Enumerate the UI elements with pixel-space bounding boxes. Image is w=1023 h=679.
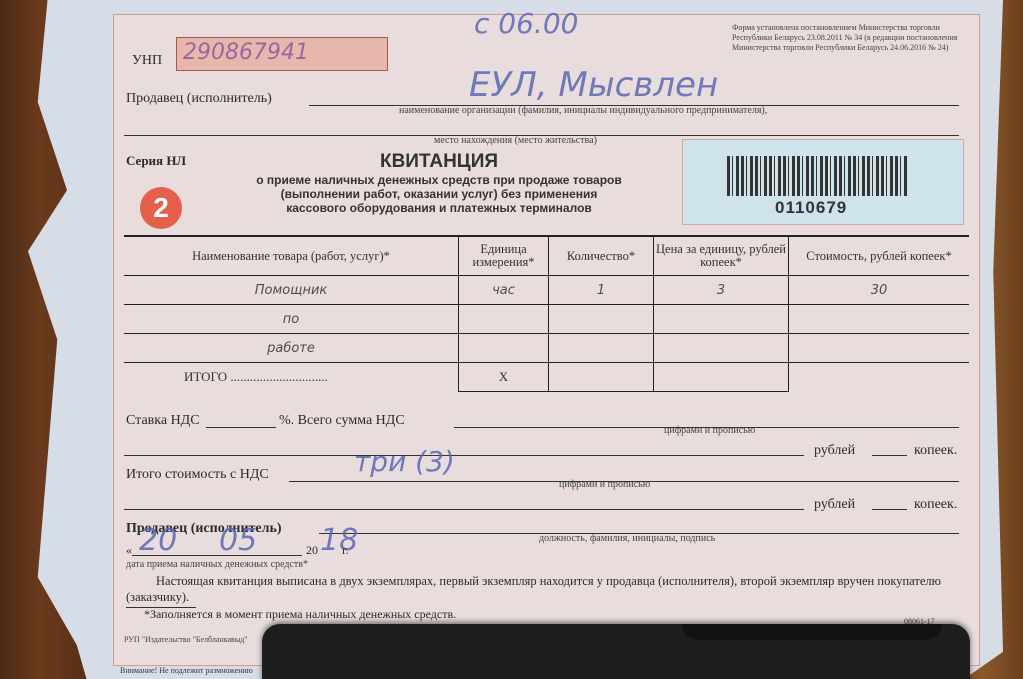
total-row: ИТОГО .............................. Х (124, 363, 969, 392)
date-day: 20 (139, 523, 177, 558)
handwritten-time: с 06.00 (474, 7, 578, 40)
vat-rate-label: Ставка НДС (126, 413, 200, 429)
barcode: 0110679 (682, 139, 964, 225)
barcode-number: 0110679 (775, 198, 847, 218)
total-price (654, 363, 789, 392)
cell-price: 3 (654, 276, 789, 305)
total-vat-label: Итого стоимость с НДС (126, 467, 269, 483)
title-block: КВИТАНЦИЯ о приеме наличных денежных сре… (229, 151, 649, 215)
total-cost (789, 363, 970, 392)
vat-kop-line (872, 455, 907, 456)
seller-hint: наименование организации (фамилия, иници… (399, 105, 767, 116)
cell-unit (459, 305, 549, 334)
col-price: Цена за единицу, рублей копеек* (654, 236, 789, 276)
asterisk-note: *Заполняется в момент приема наличных де… (144, 607, 456, 622)
date-line (132, 555, 302, 556)
col-name: Наименование товара (работ, услуг)* (124, 236, 459, 276)
copy-number-badge: 2 (140, 187, 182, 229)
total-vat-rub: рублей (814, 497, 855, 513)
barcode-bars (727, 156, 907, 196)
cell-qty: 1 (549, 276, 654, 305)
unp-label: УНП (132, 53, 162, 69)
total-mark: Х (459, 363, 549, 392)
cell-price (654, 334, 789, 363)
table-row: по (124, 305, 969, 334)
cell-qty (549, 334, 654, 363)
title-line-3: кассового оборудования и платежных терми… (229, 201, 649, 215)
vat-rub: рублей (814, 443, 855, 459)
cell-qty (549, 305, 654, 334)
cell-unit (459, 334, 549, 363)
date-year: 18 (320, 523, 358, 558)
cell-unit: час (459, 276, 549, 305)
table-row: Помощник час 1 3 30 (124, 276, 969, 305)
cell-cost (789, 305, 970, 334)
cell-name: работе (124, 334, 459, 363)
title-line-1: о приеме наличных денежных средств при п… (229, 173, 649, 187)
date-year-prefix: 20 (306, 543, 318, 558)
unp-value: 290867941 (183, 40, 309, 65)
warning-note: Внимание! Не подлежит размножению (120, 666, 253, 675)
publisher: РУП "Издательство "Белбланкавыд" (124, 635, 248, 644)
total-vat-value: три (3) (354, 445, 455, 478)
regulation-note: Форма установлена постановлением Министе… (732, 23, 972, 53)
table-row: работе (124, 334, 969, 363)
cell-name: Помощник (124, 276, 459, 305)
seller-value: ЕУЛ, Мысвлен (469, 65, 718, 105)
seller-label: Продавец (исполнитель) (126, 91, 272, 107)
col-cost: Стоимость, рублей копеек* (789, 236, 970, 276)
total-qty (549, 363, 654, 392)
cell-name: по (124, 305, 459, 334)
vat-words-line (124, 455, 804, 456)
cell-cost: 30 (789, 276, 970, 305)
footer-note: Настоящая квитанция выписана в двух экзе… (126, 573, 966, 605)
vat-rate-line (206, 427, 276, 428)
total-vat-words-line (124, 509, 804, 510)
series-label: Серия НЛ (126, 153, 186, 169)
address-hint: место нахождения (место жительства) (434, 135, 597, 146)
date-month: 05 (219, 523, 257, 558)
receipt-form: Форма установлена постановлением Министе… (113, 14, 980, 666)
items-table: Наименование товара (работ, услуг)* Един… (124, 235, 969, 392)
phone-camera-bump (682, 624, 942, 640)
unp-field[interactable]: 290867941 (176, 37, 388, 71)
title-line-2: (выполнении работ, оказании услуг) без п… (229, 187, 649, 201)
total-label: ИТОГО .............................. (124, 363, 459, 392)
vat-hint: цифрами и прописью (664, 425, 755, 436)
col-unit: Единица измерения* (459, 236, 549, 276)
col-qty: Количество* (549, 236, 654, 276)
signature-hint: должность, фамилия, инициалы, подпись (539, 533, 715, 544)
date-suffix: г. (342, 543, 349, 558)
total-vat-hint: цифрами и прописью (559, 479, 650, 490)
total-vat-kop: копеек. (914, 497, 957, 513)
vat-kop: копеек. (914, 443, 957, 459)
vat-sum-label: %. Всего сумма НДС (279, 413, 405, 429)
cell-cost (789, 334, 970, 363)
total-vat-kop-line (872, 509, 907, 510)
phone-device (262, 624, 970, 679)
title-main: КВИТАНЦИЯ (229, 151, 649, 173)
date-hint: дата приема наличных денежных средств* (126, 559, 308, 570)
cell-price (654, 305, 789, 334)
